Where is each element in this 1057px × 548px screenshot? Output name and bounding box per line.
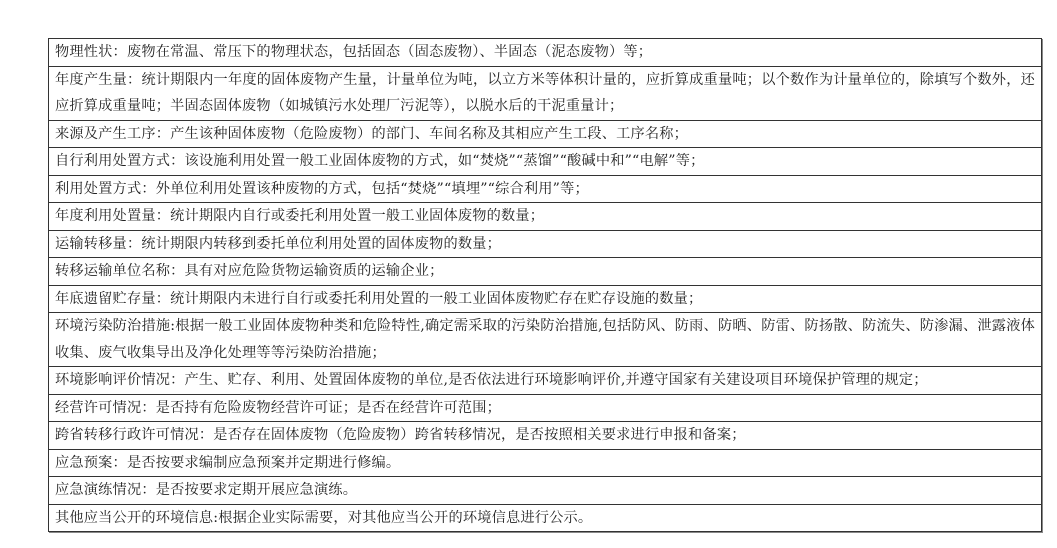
- table-row-eia-status: 环境影响评价情况：产生、贮存、利用、处置固体废物的单位,是否依法进行环境影响评价…: [49, 367, 1042, 395]
- table-row-cross-province-transfer: 跨省转移行政许可情况：是否存在固体废物（危险废物）跨省转移情况，是否按照相关要求…: [49, 422, 1042, 450]
- table-cell: 转移运输单位名称：具有对应危险货物运输资质的运输企业；: [49, 258, 1042, 286]
- table-row-transport-company: 转移运输单位名称：具有对应危险货物运输资质的运输企业；: [49, 258, 1042, 286]
- table-row-emergency-drill: 应急演练情况：是否按要求定期开展应急演练。: [49, 477, 1042, 505]
- table-cell: 年底遗留贮存量：统计期限内未进行自行或委托利用处置的一般工业固体废物贮存在贮存设…: [49, 285, 1042, 313]
- table-row-other-info: 其他应当公开的环境信息:根据企业实际需要，对其他应当公开的环境信息进行公示。: [49, 504, 1042, 532]
- table-cell: 运输转移量：统计期限内转移到委托单位利用处置的固体废物的数量；: [49, 230, 1042, 258]
- table-cell: 跨省转移行政许可情况：是否存在固体废物（危险废物）跨省转移情况，是否按照相关要求…: [49, 422, 1042, 450]
- table-row-emergency-plan: 应急预案：是否按要求编制应急预案并定期进行修编。: [49, 449, 1042, 477]
- table-row-year-end-storage: 年底遗留贮存量：统计期限内未进行自行或委托利用处置的一般工业固体废物贮存在贮存设…: [49, 285, 1042, 313]
- table-cell: 年度产生量：统计期限内一年度的固体废物产生量，计量单位为吨，以立方米等体积计量的…: [49, 66, 1042, 120]
- table-cell: 利用处置方式：外单位利用处置该种废物的方式，包括“焚烧”“填埋”“综合利用”等；: [49, 175, 1042, 203]
- table-row-source-process: 来源及产生工序：产生该种固体废物（危险废物）的部门、车间名称及其相应产生工段、工…: [49, 120, 1042, 148]
- table-row-physical-state: 物理性状：废物在常温、常压下的物理状态，包括固态（固态废物）、半固态（泥态废物）…: [49, 39, 1042, 67]
- table-cell: 应急演练情况：是否按要求定期开展应急演练。: [49, 477, 1042, 505]
- table-row-pollution-prevention: 环境污染防治措施:根据一般工业固体废物种类和危险特性,确定需采取的污染防治措施,…: [49, 313, 1042, 367]
- waste-info-table: 物理性状：废物在常温、常压下的物理状态，包括固态（固态废物）、半固态（泥态废物）…: [48, 38, 1042, 532]
- table-cell: 环境污染防治措施:根据一般工业固体废物种类和危险特性,确定需采取的污染防治措施,…: [49, 313, 1042, 367]
- table-row-disposal-method: 利用处置方式：外单位利用处置该种废物的方式，包括“焚烧”“填埋”“综合利用”等；: [49, 175, 1042, 203]
- table-row-operating-license: 经营许可情况：是否持有危险废物经营许可证；是否在经营许可范围；: [49, 394, 1042, 422]
- table-cell: 年度利用处置量：统计期限内自行或委托利用处置一般工业固体废物的数量；: [49, 203, 1042, 231]
- table-cell: 应急预案：是否按要求编制应急预案并定期进行修编。: [49, 449, 1042, 477]
- table-cell: 来源及产生工序：产生该种固体废物（危险废物）的部门、车间名称及其相应产生工段、工…: [49, 120, 1042, 148]
- table-row-annual-generation: 年度产生量：统计期限内一年度的固体废物产生量，计量单位为吨，以立方米等体积计量的…: [49, 66, 1042, 120]
- table-cell: 物理性状：废物在常温、常压下的物理状态，包括固态（固态废物）、半固态（泥态废物）…: [49, 39, 1042, 67]
- table-cell: 经营许可情况：是否持有危险废物经营许可证；是否在经营许可范围；: [49, 394, 1042, 422]
- table-row-transport-amount: 运输转移量：统计期限内转移到委托单位利用处置的固体废物的数量；: [49, 230, 1042, 258]
- table-row-self-disposal-method: 自行利用处置方式：该设施利用处置一般工业固体废物的方式，如“焚烧”“蒸馏”“酸碱…: [49, 148, 1042, 176]
- table-cell: 其他应当公开的环境信息:根据企业实际需要，对其他应当公开的环境信息进行公示。: [49, 504, 1042, 532]
- table-row-annual-disposal: 年度利用处置量：统计期限内自行或委托利用处置一般工业固体废物的数量；: [49, 203, 1042, 231]
- table-cell: 环境影响评价情况：产生、贮存、利用、处置固体废物的单位,是否依法进行环境影响评价…: [49, 367, 1042, 395]
- table-cell: 自行利用处置方式：该设施利用处置一般工业固体废物的方式，如“焚烧”“蒸馏”“酸碱…: [49, 148, 1042, 176]
